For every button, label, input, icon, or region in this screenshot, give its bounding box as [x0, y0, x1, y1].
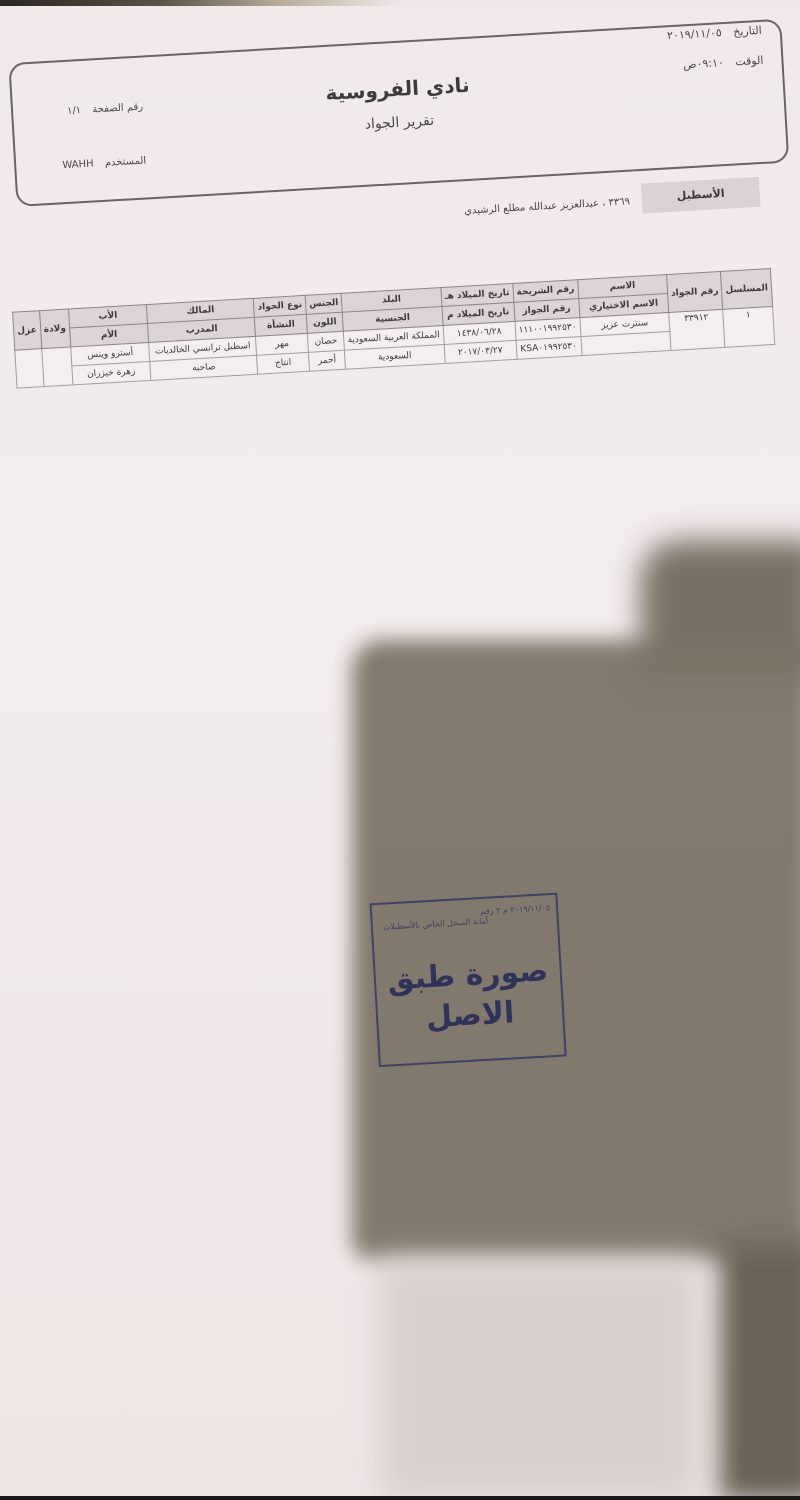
cell-foaling [41, 347, 72, 387]
photo-shadow [720, 1240, 800, 1500]
photo-light-patch [380, 1260, 700, 1500]
time-value: ٠٩:١٠ص [683, 56, 724, 71]
date-value: ٢٠١٩/١١/٠٥ [667, 26, 722, 42]
stamp-authority: أمانة السجل الخاص بالأسطبلات [383, 917, 489, 932]
cell-passport-number: KSA٠١٩٩٢٥٣٠ [516, 337, 582, 360]
time-label: الوقت [735, 54, 764, 69]
user-label: المستخدم [104, 155, 146, 168]
user-field: المستخدم WAHH [56, 155, 146, 171]
page-value: ١/١ [67, 105, 82, 117]
col-serial: المسلسل [721, 269, 773, 310]
page-label: رقم الصفحة [92, 102, 143, 116]
photo-bottom-edge [0, 1496, 800, 1500]
cell-serial: ١ [723, 306, 775, 347]
cell-birth-gregorian: ٢٠١٧/٠٣/٢٧ [444, 340, 517, 363]
col-foaling: ولادة [39, 309, 70, 349]
stable-owner: ٣٣٦٩ ، عبدالعزيز عبدالله مطلع الرشيدي [464, 196, 630, 217]
date-label: التاريخ [733, 24, 762, 39]
user-value: WAHH [62, 158, 94, 171]
cell-optional-name [581, 331, 671, 355]
report-header: التاريخ ٢٠١٩/١١/٠٥ الوقت ٠٩:١٠ص نادي الف… [8, 19, 789, 207]
col-color: اللون [306, 312, 343, 333]
time-field: الوقت ٠٩:١٠ص [683, 54, 764, 72]
page-number-field: رقم الصفحة ١/١ [53, 102, 143, 118]
stamp-text: صورة طبق الاصل [381, 951, 557, 1041]
stable-section: الأسطبل ٣٣٦٩ ، عبدالعزيز عبدالله مطلع ال… [499, 174, 771, 229]
col-horse-number: رقم الجواد [666, 271, 723, 312]
club-name: نادي الفروسية [312, 72, 483, 106]
cell-isolation [15, 349, 44, 388]
cell-color: أحمر [308, 350, 345, 371]
date-field: التاريخ ٢٠١٩/١١/٠٥ [667, 24, 762, 42]
stamp-reference: ٢٠١٩/١١/٠٥ م ٢ رقم [480, 903, 550, 916]
report-title: تقرير الجواد [314, 110, 485, 136]
certified-copy-stamp: ٢٠١٩/١١/٠٥ م ٢ رقم أمانة السجل الخاص بال… [370, 893, 567, 1068]
cell-origin: انتاج [257, 352, 310, 374]
horse-table: المسلسل رقم الجواد الاسم رقم الشريحة تار… [12, 268, 775, 389]
col-gender: الجنس [305, 293, 342, 314]
cell-gender: حصان [307, 331, 344, 352]
cell-dam: زهرة خيزران [72, 361, 151, 384]
document-page: التاريخ ٢٠١٩/١١/٠٥ الوقت ٠٩:١٠ص نادي الف… [0, 0, 800, 1500]
stable-badge: الأسطبل [641, 177, 761, 214]
col-isolation: عزل [13, 311, 42, 350]
cell-horse-number: ٣٣٩١٢ [669, 309, 726, 350]
